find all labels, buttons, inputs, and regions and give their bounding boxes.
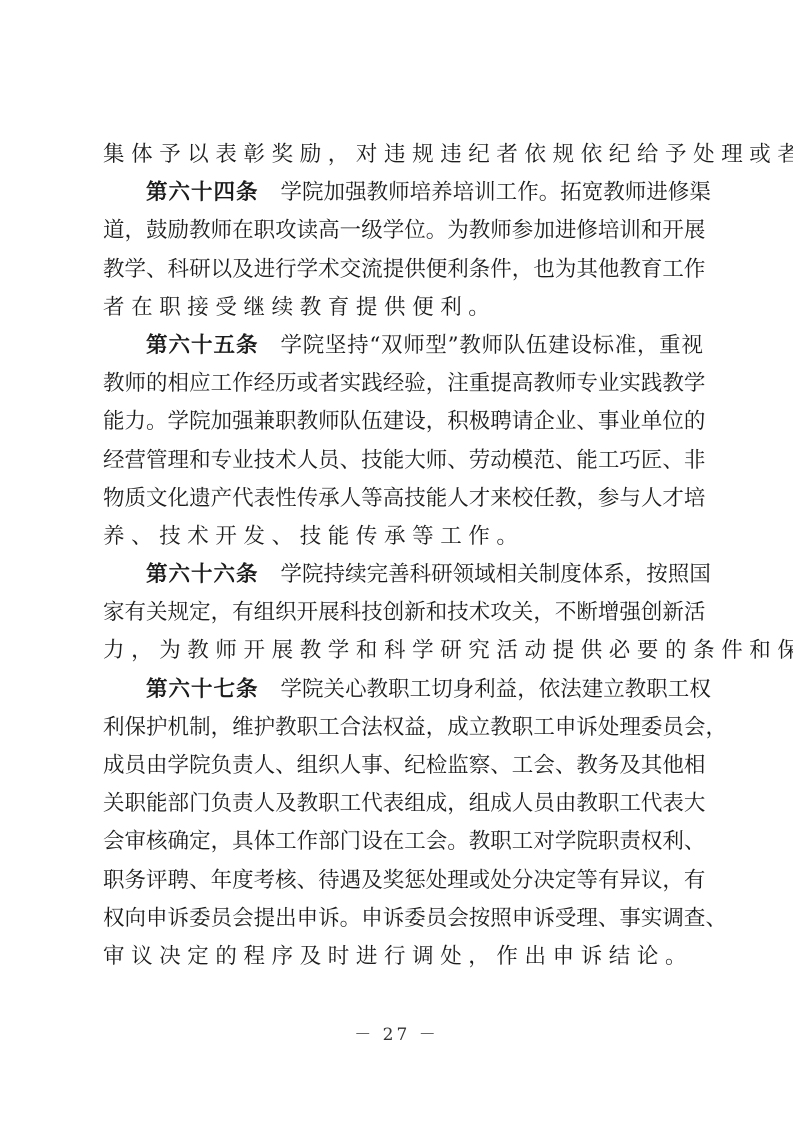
article-67: 第六十七条 学院关心教职工切身利益，依法建立教职工权 利保护机制，维护教职工合法… [103,671,703,977]
text-line: 养、技术开发、技能传承等工作。 [103,518,703,556]
article-text: 学院持续完善科研领域相关制度体系，按照国 [281,556,711,594]
text-line: 第六十六条 学院持续完善科研领域相关制度体系，按照国 [103,556,703,594]
text-line: 职务评聘、年度考核、待遇及奖惩处理或处分决定等有异议，有 [103,862,703,900]
text-line: 集体予以表彰奖励，对违规违纪者依规依纪给予处理或者处分。 [103,136,703,174]
document-body: 集体予以表彰奖励，对违规违纪者依规依纪给予处理或者处分。 第六十四条 学院加强教… [103,136,703,976]
text-line: 家有关规定，有组织开展科技创新和技术攻关，不断增强创新活 [103,594,703,632]
article-heading: 第六十六条 [146,556,259,594]
text-line: 教学、科研以及进行学术交流提供便利条件，也为其他教育工作 [103,251,703,289]
article-text: 学院关心教职工切身利益，依法建立教职工权 [281,671,711,709]
text-line: 会审核确定，具体工作部门设在工会。教职工对学院职责权利、 [103,823,703,861]
text-line: 成员由学院负责人、组织人事、纪检监察、工会、教务及其他相 [103,747,703,785]
text-line: 第六十四条 学院加强教师培养培训工作。拓宽教师进修渠 [103,174,703,212]
paragraph-continuation: 集体予以表彰奖励，对违规违纪者依规依纪给予处理或者处分。 [103,136,703,174]
page-number: － 27 － [0,1020,793,1045]
text-line: 经营管理和专业技术人员、技能大师、劳动模范、能工巧匠、非 [103,442,703,480]
text-line: 权向申诉委员会提出申诉。申诉委员会按照申诉受理、事实调查、 [103,900,703,938]
text-line: 关职能部门负责人及教职工代表组成，组成人员由教职工代表大 [103,785,703,823]
text-line: 者在职接受继续教育提供便利。 [103,289,703,327]
article-text: 学院坚持“双师型”教师队伍建设标准，重视 [281,327,703,365]
article-65: 第六十五条 学院坚持“双师型”教师队伍建设标准，重视 教师的相应工作经历或者实践… [103,327,703,556]
text-line: 教师的相应工作经历或者实践经验，注重提高教师专业实践教学 [103,365,703,403]
article-heading: 第六十五条 [146,327,259,365]
article-text: 学院加强教师培养培训工作。拓宽教师进修渠 [281,174,711,212]
text-line: 能力。学院加强兼职教师队伍建设，积极聘请企业、事业单位的 [103,403,703,441]
article-heading: 第六十四条 [146,174,259,212]
text-line: 道，鼓励教师在职攻读高一级学位。为教师参加进修培训和开展 [103,212,703,250]
article-heading: 第六十七条 [146,671,259,709]
article-64: 第六十四条 学院加强教师培养培训工作。拓宽教师进修渠 道，鼓励教师在职攻读高一级… [103,174,703,327]
article-66: 第六十六条 学院持续完善科研领域相关制度体系，按照国 家有关规定，有组织开展科技… [103,556,703,671]
text-line: 物质文化遗产代表性传承人等高技能人才来校任教，参与人才培 [103,480,703,518]
text-line: 审议决定的程序及时进行调处，作出申诉结论。 [103,938,703,976]
text-line: 第六十五条 学院坚持“双师型”教师队伍建设标准，重视 [103,327,703,365]
text-line: 第六十七条 学院关心教职工切身利益，依法建立教职工权 [103,671,703,709]
text-line: 力，为教师开展教学和科学研究活动提供必要的条件和保障。 [103,632,703,670]
text-line: 利保护机制，维护教职工合法权益，成立教职工申诉处理委员会， [103,709,703,747]
